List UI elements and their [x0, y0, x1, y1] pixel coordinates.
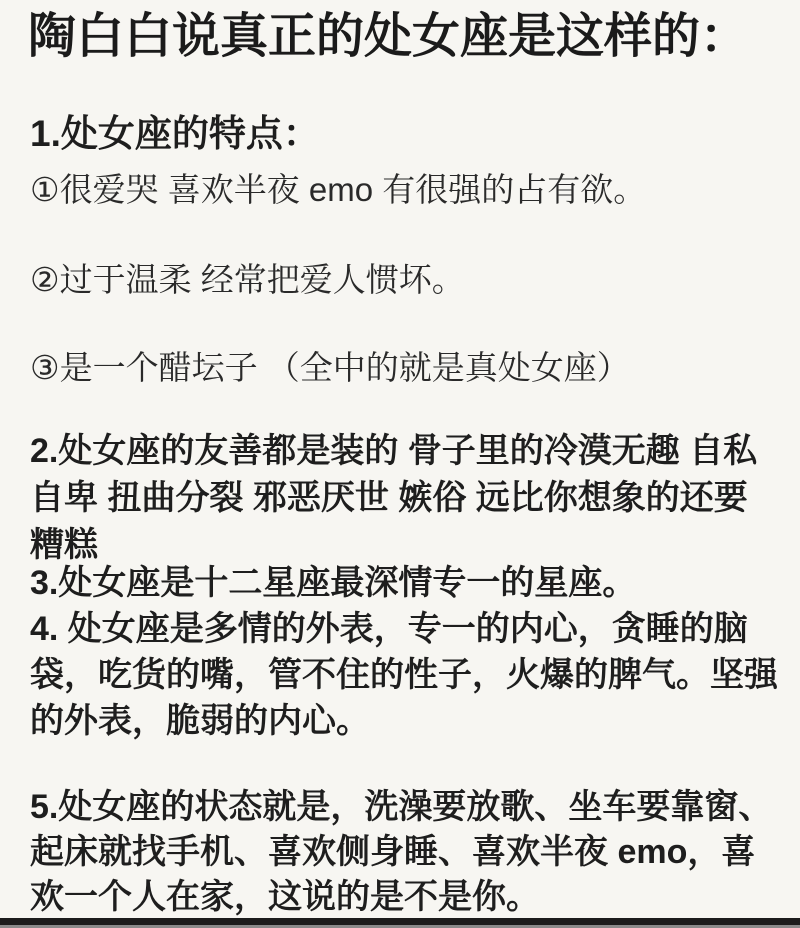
- text-post-page: 陶白白说真正的处女座是这样的： 1.处女座的特点： ①很爱哭 喜欢半夜 emo …: [0, 0, 800, 928]
- section-5-paragraph: 5.处女座的状态就是，洗澡要放歌、坐车要靠窗、起床就找手机、喜欢侧身睡、喜欢半夜…: [30, 785, 778, 920]
- bottom-dark-bar: [0, 918, 800, 925]
- section-1-item-1: ①很爱哭 喜欢半夜 emo 有很强的占有欲。: [30, 168, 782, 212]
- section-1-item-3: ③是一个醋坛子 （全中的就是真处女座）: [30, 346, 782, 390]
- section-3-paragraph: 3.处女座是十二星座最深情专一的星座。: [30, 560, 778, 606]
- section-1-item-2: ②过于温柔 经常把爱人惯坏。: [30, 258, 782, 302]
- section-3-4-block: 3.处女座是十二星座最深情专一的星座。 4. 处女座是多情的外表，专一的内心，贪…: [30, 560, 778, 744]
- page-title: 陶白白说真正的处女座是这样的：: [28, 6, 788, 68]
- section-1-heading: 1.处女座的特点：: [30, 110, 780, 158]
- section-2-paragraph: 2.处女座的友善都是装的 骨子里的冷漠无趣 自私自卑 扭曲分裂 邪恶厌世 嫉俗 …: [30, 428, 778, 569]
- section-4-paragraph: 4. 处女座是多情的外表，专一的内心，贪睡的脑袋，吃货的嘴，管不住的性子，火爆的…: [30, 606, 778, 744]
